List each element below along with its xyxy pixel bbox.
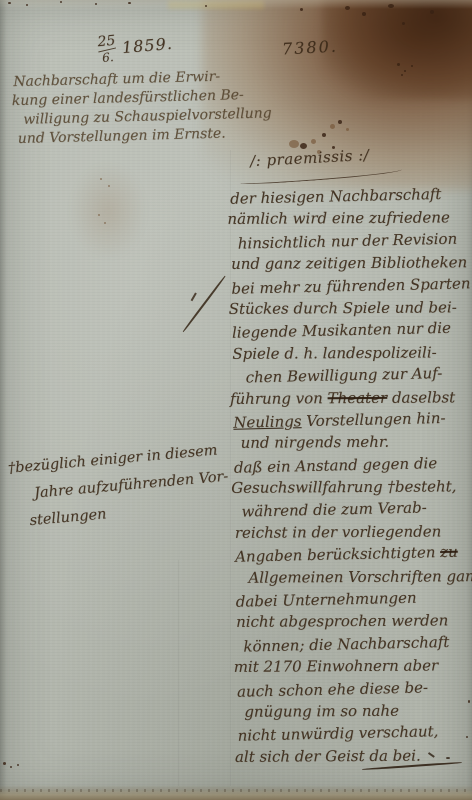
speck bbox=[430, 10, 434, 14]
speck bbox=[8, 2, 11, 4]
ink-blot bbox=[300, 143, 307, 149]
ink-dot bbox=[411, 65, 413, 67]
ink-blot bbox=[289, 140, 299, 148]
body-line: und nirgends mehr. bbox=[240, 430, 472, 454]
body-line: liegende Musikanten nur die bbox=[232, 317, 472, 345]
speck bbox=[362, 12, 366, 16]
date-fraction: 25 6. bbox=[97, 34, 117, 64]
paper-edge-bottom-grit bbox=[0, 789, 472, 792]
body-line: während die zum Verab- bbox=[241, 496, 472, 524]
ink-dot bbox=[404, 70, 406, 72]
paper-edge-top bbox=[0, 0, 472, 9]
body-text: führung von bbox=[230, 389, 328, 408]
speck bbox=[128, 2, 131, 4]
body-line: nicht abgesprochen werden bbox=[236, 610, 472, 634]
speck bbox=[104, 222, 106, 224]
docket-number: 7380. bbox=[282, 37, 339, 59]
stain-left-faint bbox=[72, 165, 144, 257]
body-text: Vorstellungen hin- bbox=[301, 409, 445, 430]
body-line: und ganz zeitigen Bibliotheken bbox=[231, 251, 471, 275]
body-text: Angaben berücksichtigten bbox=[235, 543, 440, 566]
ink-blot bbox=[346, 128, 349, 131]
paper-edge-left bbox=[0, 0, 8, 800]
speck bbox=[17, 764, 19, 766]
paper-crease bbox=[178, 560, 179, 786]
ink-blot bbox=[330, 124, 335, 129]
body-line: chen Bewilligung zur Auf- bbox=[245, 361, 472, 389]
descender-flourish-stroke bbox=[182, 275, 225, 332]
underlined-word: Neulings bbox=[233, 412, 302, 432]
struck-word: zu bbox=[440, 543, 458, 561]
speck bbox=[3, 762, 6, 765]
speck bbox=[100, 178, 102, 180]
speck bbox=[60, 1, 62, 3]
stain-top-right-core bbox=[322, 0, 472, 100]
speck bbox=[300, 8, 303, 11]
body-line: nicht unwürdig verschaut, bbox=[237, 720, 472, 748]
speck bbox=[388, 4, 394, 8]
speck bbox=[26, 4, 28, 6]
body-text-column: der hiesigen Nachbarschaft nämlich wird … bbox=[230, 183, 472, 768]
speck bbox=[95, 3, 97, 5]
speck bbox=[10, 766, 12, 768]
body-line: mit 2170 Einwohnern aber bbox=[234, 654, 472, 678]
descender-flourish-tick bbox=[191, 292, 197, 301]
speck bbox=[108, 185, 110, 187]
inserted-word: daselbst bbox=[387, 388, 455, 406]
paper-edge-bottom bbox=[0, 785, 472, 800]
struck-word: Theater bbox=[328, 388, 388, 406]
date-year: 1859. bbox=[121, 34, 173, 57]
header-note: Nachbarschaft um die Erwir- kung einer l… bbox=[13, 67, 249, 149]
ink-dot bbox=[401, 74, 403, 76]
ink-blot bbox=[338, 120, 342, 124]
manuscript-scan: 25 6. 1859. 7380. Nachbarschaft um die E… bbox=[0, 0, 472, 800]
speck bbox=[345, 6, 350, 10]
speck bbox=[205, 5, 207, 7]
body-line: nämlich wird eine zufriedene bbox=[227, 207, 470, 231]
closing-dash-dot bbox=[446, 757, 450, 759]
docket-date: 25 6. 1859. bbox=[97, 29, 174, 64]
margin-note-dagger: †bezüglich einiger in diesem Jahre aufzu… bbox=[7, 436, 235, 536]
speck bbox=[402, 22, 405, 25]
body-line-with-strikethrough: Angaben berücksichtigten zu bbox=[235, 541, 472, 569]
ink-blot bbox=[322, 133, 326, 137]
ink-blot bbox=[311, 139, 316, 144]
ink-dot bbox=[397, 63, 400, 66]
speck bbox=[98, 214, 100, 216]
date-month: 6. bbox=[102, 51, 114, 64]
